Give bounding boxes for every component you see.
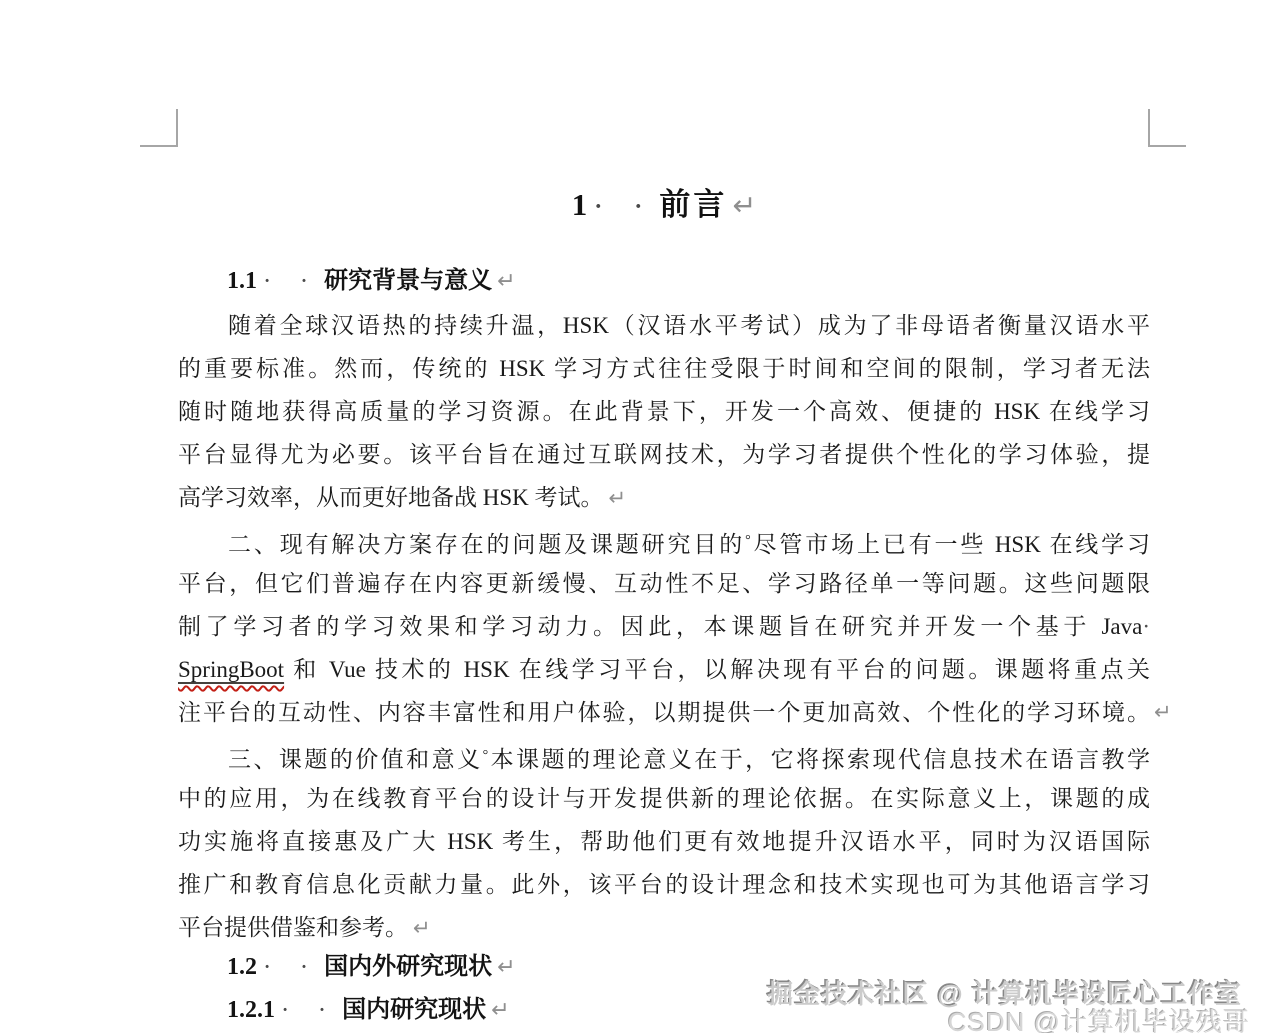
paragraph-3: 三、课题的价值和意义°本课题的理论意义在于，它将探索现代信息技术在语言教学 中的… (178, 734, 1150, 949)
paragraph-line-text: 和 Vue 技术的 HSK 在线学习平台，以解决现有平台的问题。课题将重点关 (284, 657, 1150, 682)
paragraph-1: 随着全球汉语热的持续升温，HSK（汉语水平考试）成为了非母语者衡量汉语水平 的重… (178, 304, 1150, 519)
spellcheck-underlined-word: SpringBoot (178, 657, 284, 682)
paragraph-line-text: 二、现有解决方案存在的问题及课题研究目的 (228, 532, 745, 557)
heading-text: 国内外研究现状 (324, 954, 492, 980)
paragraph-line-text: 注平台的互动性、内容丰富性和用户体验，以期提供一个更加高效、个性化的学习环境。 (178, 700, 1150, 725)
paragraph-line: 的重要标准。然而，传统的 HSK 学习方式往往受限于时间和空间的限制，学习者无法 (178, 347, 1150, 390)
paragraph-line: 推广和教育信息化贡献力量。此外，该平台的设计理念和技术实现也可为其他语言学习 (178, 863, 1150, 906)
watermark-csdn: CSDN @计算机毕设残哥 (948, 1002, 1250, 1033)
paragraph-line-text: 三、课题的价值和意义 (228, 747, 483, 772)
return-mark-icon: ↵ (413, 915, 431, 940)
return-mark-icon: ↵ (609, 485, 627, 510)
paragraph-line: 平台显得尤为必要。该平台旨在通过互联网技术，为学习者提供个性化的学习体验，提 (178, 433, 1150, 476)
space-marks: · · (594, 193, 655, 220)
space-marks: · · (282, 1000, 338, 1021)
margin-corner-mark-top-right (1148, 109, 1186, 147)
document-page: 1· ·前言↵ 1.1· ·研究背景与意义↵ 随着全球汉语热的持续升温，HSK（… (0, 0, 1268, 1033)
return-mark-icon: ↵ (497, 955, 516, 980)
paragraph-line-text: 尽管市场上已有一些 HSK 在线学习 (751, 532, 1150, 557)
paragraph-line-text: 平台提供借鉴和参考。 (178, 915, 408, 940)
chapter-title-text: 前言 (659, 187, 727, 222)
paragraph-line: 随时随地获得高质量的学习资源。在此背景下，开发一个高效、便捷的 HSK 在线学习 (178, 390, 1150, 433)
heading-text: 研究背景与意义 (324, 268, 492, 294)
paragraph-line: 高学习效率，从而更好地备战 HSK 考试。↵ (178, 476, 1150, 519)
paragraph-line: 三、课题的价值和意义°本课题的理论意义在于，它将探索现代信息技术在语言教学 (178, 734, 1150, 777)
paragraph-line: 平台提供借鉴和参考。↵ (178, 906, 1150, 949)
margin-corner-mark-top-left (140, 109, 178, 147)
chapter-number: 1 (572, 187, 588, 222)
paragraph-line-text: 高学习效率，从而更好地备战 HSK 考试。 (178, 485, 604, 510)
paragraph-line: 随着全球汉语热的持续升温，HSK（汉语水平考试）成为了非母语者衡量汉语水平 (178, 304, 1150, 347)
heading-number: 1.2 (227, 954, 257, 980)
paragraph-line-text: 制了学习者的学习效果和学习动力。因此，本课题旨在研究并开发一个基于 Java (178, 614, 1142, 639)
space-marks: · · (264, 271, 320, 292)
return-mark-icon: ↵ (497, 269, 516, 294)
return-mark-icon: ↵ (732, 189, 756, 222)
paragraph-line: 制了学习者的学习效果和学习动力。因此，本课题旨在研究并开发一个基于 Java· (178, 605, 1150, 648)
heading-number: 1.1 (227, 268, 257, 294)
paragraph-line: 二、现有解决方案存在的问题及课题研究目的°尽管市场上已有一些 HSK 在线学习 (178, 519, 1150, 562)
space-marks: · · (264, 957, 320, 978)
heading-number: 1.2.1 (227, 997, 275, 1023)
heading-1-1: 1.1· ·研究背景与意义↵ (178, 260, 1150, 303)
return-mark-icon: ↵ (491, 998, 510, 1023)
chapter-title: 1· ·前言↵ (178, 180, 1150, 230)
paragraph-line: 中的应用，为在线教育平台的设计与开发提供新的理论依据。在实际意义上，课题的成 (178, 777, 1150, 820)
paragraph-line-text: 本课题的理论意义在于，它将探索现代信息技术在语言教学 (488, 747, 1150, 772)
paragraph-line: 注平台的互动性、内容丰富性和用户体验，以期提供一个更加高效、个性化的学习环境。 … (178, 691, 1150, 734)
return-mark-icon: ↵ (1154, 691, 1172, 734)
heading-text: 国内研究现状 (342, 997, 486, 1023)
paragraph-line: 平台，但它们普遍存在内容更新缓慢、互动性不足、学习路径单一等问题。这些问题限 (178, 562, 1150, 605)
paragraph-line: 功实施将直接惠及广大 HSK 考生，帮助他们更有效地提升汉语水平，同时为汉语国际 (178, 820, 1150, 863)
space-mark: · (1142, 614, 1150, 639)
paragraph-2: 二、现有解决方案存在的问题及课题研究目的°尽管市场上已有一些 HSK 在线学习 … (178, 519, 1150, 734)
paragraph-line: SpringBoot 和 Vue 技术的 HSK 在线学习平台，以解决现有平台的… (178, 648, 1150, 691)
